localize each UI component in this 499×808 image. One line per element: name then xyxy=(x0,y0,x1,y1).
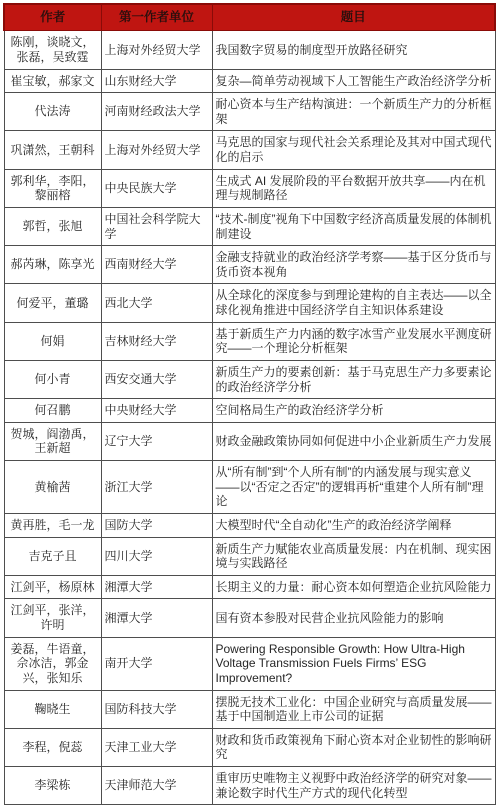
authors-cell: 何召鹏 xyxy=(4,399,101,423)
title-cell: 摆脱无技术工业化：中国企业研究与高质量发展——基于中国制造业上市公司的证据 xyxy=(212,690,495,728)
authors-cell: 郝芮琳，陈享光 xyxy=(4,246,101,284)
authors-cell: 姜磊，牛语童，佘冰洁，郭金兴，张知乐 xyxy=(4,637,101,690)
table-row: 贺城，阎渤禹，王新超辽宁大学财政金融政策协同如何促进中小企业新质生产力发展 xyxy=(4,422,495,460)
affiliation-cell: 西安交通大学 xyxy=(101,360,212,398)
title-cell: 财政金融政策协同如何促进中小企业新质生产力发展 xyxy=(212,422,495,460)
authors-cell: 何爱平，董璐 xyxy=(4,284,101,322)
title-cell: 重审历史唯物主义视野中政治经济学的研究对象——兼论数字时代生产方式的现代化转型 xyxy=(212,767,495,805)
title-cell: 耐心资本与生产结构演进：一个新质生产力的分析框架 xyxy=(212,93,495,131)
title-cell: 从“所有制”到“个人所有制”的内涵发展与现实意义——以“否定之否定”的逻辑再析“… xyxy=(212,461,495,514)
table-row: 何娟吉林财经大学基于新质生产力内涵的数字冰雪产业发展水平测度研究——一个理论分析… xyxy=(4,322,495,360)
title-cell: 马克思的国家与现代社会关系理论及其对中国式现代化的启示 xyxy=(212,131,495,169)
title-cell: 空间格局生产的政治经济学分析 xyxy=(212,399,495,423)
authors-cell: 何娟 xyxy=(4,322,101,360)
title-cell: 复杂—简单劳动视域下人工智能生产政治经济学分析 xyxy=(212,69,495,93)
title-cell: “技术-制度”视角下中国数字经济高质量发展的体制机制建设 xyxy=(212,207,495,245)
title-cell: 长期主义的力量：耐心资本如何塑造企业抗风险能力 xyxy=(212,575,495,599)
col-header-title: 题目 xyxy=(212,4,495,31)
table-row: 代法涛河南财经政法大学耐心资本与生产结构演进：一个新质生产力的分析框架 xyxy=(4,93,495,131)
table-row: 鞠晓生国防科技大学摆脱无技术工业化：中国企业研究与高质量发展——基于中国制造业上… xyxy=(4,690,495,728)
authors-cell: 李程，倪蕊 xyxy=(4,728,101,766)
affiliation-cell: 西北大学 xyxy=(101,284,212,322)
authors-cell: 贺城，阎渤禹，王新超 xyxy=(4,422,101,460)
title-cell: 我国数字贸易的制度型开放路径研究 xyxy=(212,31,495,69)
table-row: 黄再胜，毛一龙国防大学大模型时代“全自动化”生产的政治经济学阐释 xyxy=(4,513,495,537)
affiliation-cell: 国防大学 xyxy=(101,513,212,537)
authors-cell: 陈刚，谈晓文，张磊，吴致霆 xyxy=(4,31,101,69)
table-row: 江剑平，张洋，许明湘潭大学国有资本参股对民营企业抗风险能力的影响 xyxy=(4,599,495,637)
title-cell: 大模型时代“全自动化”生产的政治经济学阐释 xyxy=(212,513,495,537)
authors-cell: 李梁栋 xyxy=(4,767,101,805)
table-row: 吉克子且四川大学新质生产力赋能农业高质量发展：内在机制、现实困境与实践路径 xyxy=(4,537,495,575)
title-cell: 基于新质生产力内涵的数字冰雪产业发展水平测度研究——一个理论分析框架 xyxy=(212,322,495,360)
affiliation-cell: 辽宁大学 xyxy=(101,422,212,460)
table-row: 郭利华，李阳，黎丽榕中央民族大学生成式 AI 发展阶段的平台数据开放共享——内在… xyxy=(4,169,495,207)
affiliation-cell: 上海对外经贸大学 xyxy=(101,131,212,169)
affiliation-cell: 天津师范大学 xyxy=(101,767,212,805)
table-row: 姜磊，牛语童，佘冰洁，郭金兴，张知乐南开大学Powering Responsib… xyxy=(4,637,495,690)
affiliation-cell: 四川大学 xyxy=(101,537,212,575)
title-cell: Powering Responsible Growth: How Ultra-H… xyxy=(212,637,495,690)
col-header-authors: 作者 xyxy=(4,4,101,31)
title-cell: 生成式 AI 发展阶段的平台数据开放共享——内在机理与规制路径 xyxy=(212,169,495,207)
table-header: 作者 第一作者单位 题目 xyxy=(4,4,495,31)
table-row: 黄榆茜浙江大学从“所有制”到“个人所有制”的内涵发展与现实意义——以“否定之否定… xyxy=(4,461,495,514)
title-cell: 国有资本参股对民营企业抗风险能力的影响 xyxy=(212,599,495,637)
table-row: 李程，倪蕊天津工业大学财政和货币政策视角下耐心资本对企业韧性的影响研究 xyxy=(4,728,495,766)
affiliation-cell: 上海对外经贸大学 xyxy=(101,31,212,69)
table-row: 何爱平，董璐西北大学从全球化的深度参与到理论建构的自主表达——以全球化视角推进中… xyxy=(4,284,495,322)
affiliation-cell: 天津工业大学 xyxy=(101,728,212,766)
col-header-affiliation: 第一作者单位 xyxy=(101,4,212,31)
table-row: 郭哲，张旭中国社会科学院大学“技术-制度”视角下中国数字经济高质量发展的体制机制… xyxy=(4,207,495,245)
authors-cell: 吉克子且 xyxy=(4,537,101,575)
affiliation-cell: 中央财经大学 xyxy=(101,399,212,423)
table-row: 李梁栋天津师范大学重审历史唯物主义视野中政治经济学的研究对象——兼论数字时代生产… xyxy=(4,767,495,805)
affiliation-cell: 中国社会科学院大学 xyxy=(101,207,212,245)
authors-cell: 黄再胜，毛一龙 xyxy=(4,513,101,537)
affiliation-cell: 中央民族大学 xyxy=(101,169,212,207)
affiliation-cell: 吉林财经大学 xyxy=(101,322,212,360)
title-cell: 金融支持就业的政治经济学考察——基于区分货币与货币资本视角 xyxy=(212,246,495,284)
authors-cell: 巩潇然，王朝科 xyxy=(4,131,101,169)
table-row: 陈刚，谈晓文，张磊，吴致霆上海对外经贸大学我国数字贸易的制度型开放路径研究 xyxy=(4,31,495,69)
affiliation-cell: 湘潭大学 xyxy=(101,599,212,637)
title-cell: 从全球化的深度参与到理论建构的自主表达——以全球化视角推进中国经济学自主知识体系… xyxy=(212,284,495,322)
title-cell: 新质生产力的要素创新：基于马克思生产力多要素论的政治经济学分析 xyxy=(212,360,495,398)
table-row: 何召鹏中央财经大学空间格局生产的政治经济学分析 xyxy=(4,399,495,423)
affiliation-cell: 河南财经政法大学 xyxy=(101,93,212,131)
papers-table-page: 作者 第一作者单位 题目 陈刚，谈晓文，张磊，吴致霆上海对外经贸大学我国数字贸易… xyxy=(0,0,499,808)
authors-cell: 郭利华，李阳，黎丽榕 xyxy=(4,169,101,207)
affiliation-cell: 南开大学 xyxy=(101,637,212,690)
authors-cell: 代法涛 xyxy=(4,93,101,131)
authors-cell: 黄榆茜 xyxy=(4,461,101,514)
authors-cell: 江剑平，杨原林 xyxy=(4,575,101,599)
authors-cell: 江剑平，张洋，许明 xyxy=(4,599,101,637)
papers-table: 作者 第一作者单位 题目 陈刚，谈晓文，张磊，吴致霆上海对外经贸大学我国数字贸易… xyxy=(3,3,496,805)
table-row: 崔宝敏，郝家文山东财经大学复杂—简单劳动视域下人工智能生产政治经济学分析 xyxy=(4,69,495,93)
authors-cell: 何小青 xyxy=(4,360,101,398)
affiliation-cell: 西南财经大学 xyxy=(101,246,212,284)
authors-cell: 崔宝敏，郝家文 xyxy=(4,69,101,93)
title-cell: 财政和货币政策视角下耐心资本对企业韧性的影响研究 xyxy=(212,728,495,766)
title-cell: 新质生产力赋能农业高质量发展：内在机制、现实困境与实践路径 xyxy=(212,537,495,575)
table-row: 郝芮琳，陈享光西南财经大学金融支持就业的政治经济学考察——基于区分货币与货币资本… xyxy=(4,246,495,284)
table-row: 何小青西安交通大学新质生产力的要素创新：基于马克思生产力多要素论的政治经济学分析 xyxy=(4,360,495,398)
affiliation-cell: 国防科技大学 xyxy=(101,690,212,728)
authors-cell: 郭哲，张旭 xyxy=(4,207,101,245)
affiliation-cell: 山东财经大学 xyxy=(101,69,212,93)
affiliation-cell: 湘潭大学 xyxy=(101,575,212,599)
authors-cell: 鞠晓生 xyxy=(4,690,101,728)
table-row: 江剑平，杨原林湘潭大学长期主义的力量：耐心资本如何塑造企业抗风险能力 xyxy=(4,575,495,599)
table-row: 巩潇然，王朝科上海对外经贸大学马克思的国家与现代社会关系理论及其对中国式现代化的… xyxy=(4,131,495,169)
header-row: 作者 第一作者单位 题目 xyxy=(4,4,495,31)
affiliation-cell: 浙江大学 xyxy=(101,461,212,514)
papers-table-body: 陈刚，谈晓文，张磊，吴致霆上海对外经贸大学我国数字贸易的制度型开放路径研究崔宝敏… xyxy=(4,31,495,805)
